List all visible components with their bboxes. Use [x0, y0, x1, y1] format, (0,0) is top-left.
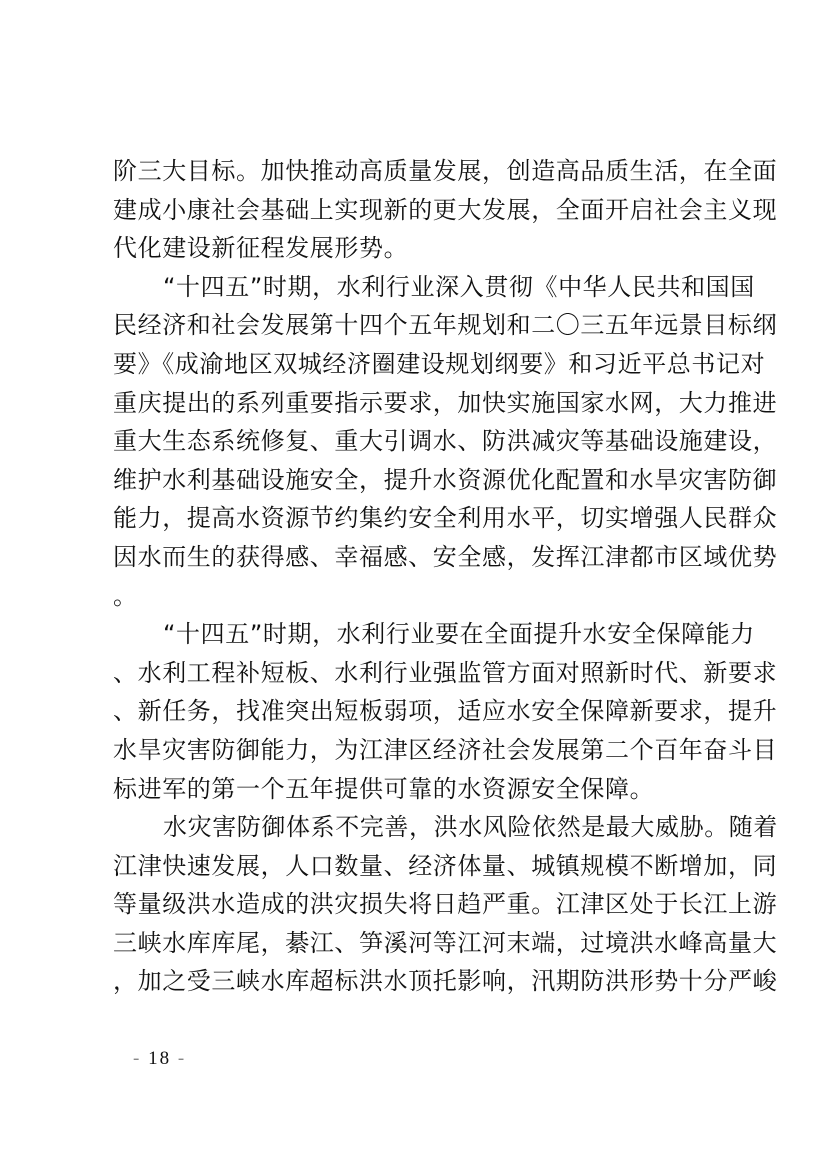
document-page: 阶三大目标。加快推动高质量发展，创造高品质生活，在全面 建成小康社会基础上实现新…	[0, 0, 827, 1169]
text-line: 建成小康社会基础上实现新的更大发展，全面开启社会主义现	[113, 191, 713, 230]
text-line: 、新任务，找准突出短板弱项，适应水安全保障新要求，提升	[113, 692, 713, 731]
text-line: 民经济和社会发展第十四个五年规划和二〇三五年远景目标纲	[113, 306, 713, 345]
text-line: 、水利工程补短板、水利行业强监管方面对照新时代、新要求	[113, 654, 713, 693]
text-line: 要》《成渝地区双城经济圈建设规划纲要》和习近平总书记对	[113, 345, 713, 384]
text-line: 水旱灾害防御能力，为江津区经济社会发展第二个百年奋斗目	[113, 731, 713, 770]
text-line: 。	[113, 577, 713, 616]
page-number-prefix: -	[133, 1048, 141, 1069]
text-line: 阶三大目标。加快推动高质量发展，创造高品质生活，在全面	[113, 152, 713, 191]
text-line: 重大生态系统修复、重大引调水、防洪减灾等基础设施建设，	[113, 422, 713, 461]
text-line: 标进军的第一个五年提供可靠的水资源安全保障。	[113, 770, 713, 809]
text-line: 等量级洪水造成的洪灾损失将日趋严重。江津区处于长江上游	[113, 885, 713, 924]
text-line: 维护水利基础设施安全，提升水资源优化配置和水旱灾害防御	[113, 461, 713, 500]
text-line: “十四五”时期，水利行业深入贯彻《中华人民共和国国	[113, 268, 713, 307]
text-line: ，加之受三峡水库超标洪水顶托影响，汛期防洪形势十分严峻	[113, 962, 713, 1001]
text-line: 代化建设新征程发展形势。	[113, 229, 713, 268]
text-line: 能力，提高水资源节约集约安全利用水平，切实增强人民群众	[113, 499, 713, 538]
page-number-suffix: -	[178, 1048, 186, 1069]
text-line: 三峡水库库尾，綦江、笋溪河等江河末端，过境洪水峰高量大	[113, 924, 713, 963]
text-line: 因水而生的获得感、幸福感、安全感，发挥江津都市区域优势	[113, 538, 713, 577]
body-text: 阶三大目标。加快推动高质量发展，创造高品质生活，在全面 建成小康社会基础上实现新…	[113, 152, 713, 1001]
text-line: 重庆提出的系列重要指示要求，加快实施国家水网，大力推进	[113, 384, 713, 423]
text-line: “十四五”时期，水利行业要在全面提升水安全保障能力	[113, 615, 713, 654]
text-line: 水灾害防御体系不完善，洪水风险依然是最大威胁。随着	[113, 808, 713, 847]
page-number: - 18 -	[133, 1048, 186, 1070]
text-line: 江津快速发展，人口数量、经济体量、城镇规模不断增加，同	[113, 847, 713, 886]
page-number-value: 18	[148, 1048, 171, 1069]
